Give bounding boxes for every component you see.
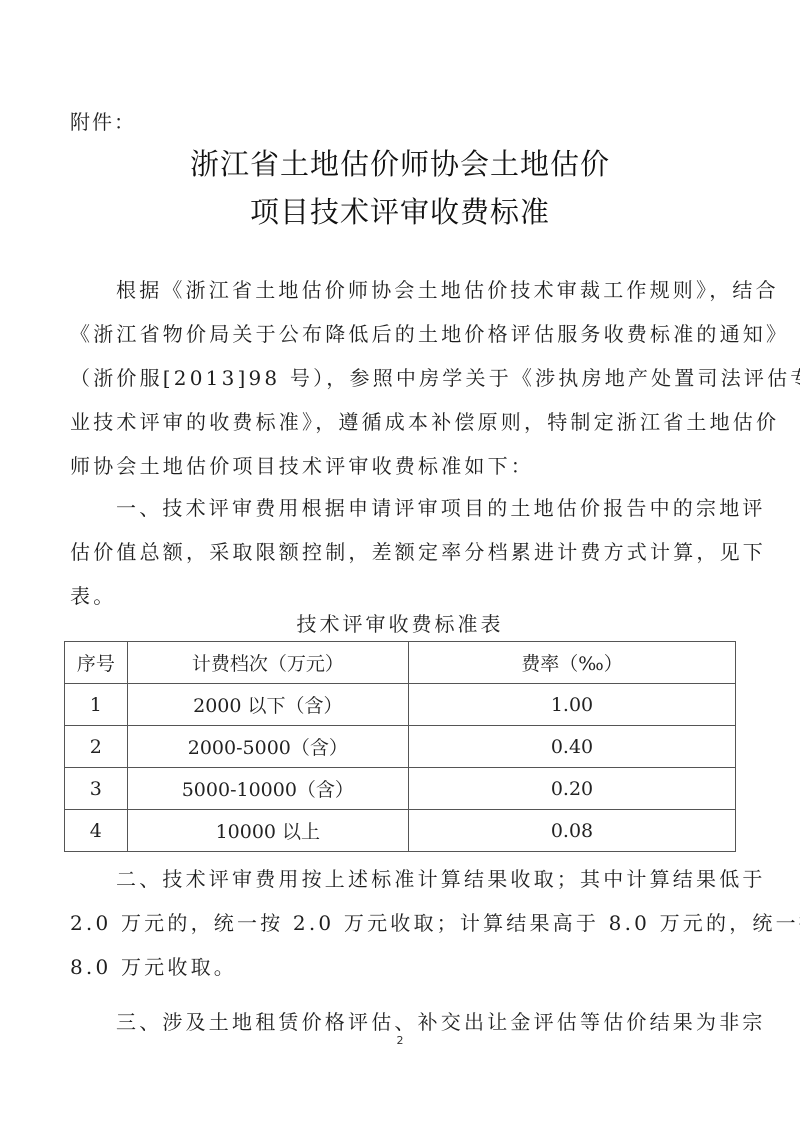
- paragraph-line: 2.0 万元的，统一按 2.0 万元收取；计算结果高于 8.0 万元的，统一按: [70, 901, 732, 945]
- cell-fee-rate: 0.08: [408, 810, 735, 852]
- paragraph-line: 8.0 万元收取。: [70, 945, 732, 989]
- document-title-line-2: 项目技术评审收费标准: [0, 190, 800, 231]
- cell-fee-tier: 2000-5000（含）: [127, 726, 408, 768]
- paragraph-line: 根据《浙江省土地估价师协会土地估价技术审裁工作规则》，结合: [70, 268, 732, 312]
- paragraph-line: 估价值总额，采取限额控制，差额定率分档累进计费方式计算，见下: [70, 530, 732, 574]
- cell-fee-rate: 1.00: [408, 684, 735, 726]
- intro-paragraph: 根据《浙江省土地估价师协会土地估价技术审裁工作规则》，结合 《浙江省物价局关于公…: [70, 268, 732, 488]
- table-row: 1 2000 以下（含） 1.00: [65, 684, 736, 726]
- table-row: 3 5000-10000（含） 0.20: [65, 768, 736, 810]
- paragraph-line: 业技术评审的收费标准》，遵循成本补偿原则，特制定浙江省土地估价: [70, 400, 732, 444]
- attachment-label: 附件：: [70, 106, 136, 135]
- paragraph-line: 师协会土地估价项目技术评审收费标准如下：: [70, 444, 732, 488]
- document-page: 附件： 浙江省土地估价师协会土地估价 项目技术评审收费标准 根据《浙江省土地估价…: [0, 0, 800, 1132]
- header-fee-rate: 费率（‰）: [408, 642, 735, 684]
- fee-standard-table: 序号 计费档次（万元） 费率（‰） 1 2000 以下（含） 1.00 2 20…: [64, 641, 736, 852]
- paragraph-line: 《浙江省物价局关于公布降低后的土地价格评估服务收费标准的通知》: [70, 312, 732, 356]
- table-row: 4 10000 以上 0.08: [65, 810, 736, 852]
- cell-index: 3: [65, 768, 128, 810]
- table-caption: 技术评审收费标准表: [0, 608, 800, 637]
- cell-fee-tier: 5000-10000（含）: [127, 768, 408, 810]
- cell-fee-rate: 0.40: [408, 726, 735, 768]
- paragraph-line: 一、技术评审费用根据申请评审项目的土地估价报告中的宗地评: [70, 486, 732, 530]
- table-header-row: 序号 计费档次（万元） 费率（‰）: [65, 642, 736, 684]
- cell-index: 4: [65, 810, 128, 852]
- section-two-paragraph: 二、技术评审费用按上述标准计算结果收取；其中计算结果低于 2.0 万元的，统一按…: [70, 857, 732, 989]
- paragraph-line: 二、技术评审费用按上述标准计算结果收取；其中计算结果低于: [70, 857, 732, 901]
- header-index: 序号: [65, 642, 128, 684]
- cell-index: 2: [65, 726, 128, 768]
- cell-fee-tier: 10000 以上: [127, 810, 408, 852]
- paragraph-line: （浙价服[2013]98 号），参照中房学关于《涉执房地产处置司法评估专: [70, 356, 732, 400]
- header-fee-tier: 计费档次（万元）: [127, 642, 408, 684]
- cell-index: 1: [65, 684, 128, 726]
- section-one-paragraph: 一、技术评审费用根据申请评审项目的土地估价报告中的宗地评 估价值总额，采取限额控…: [70, 486, 732, 618]
- cell-fee-tier: 2000 以下（含）: [127, 684, 408, 726]
- cell-fee-rate: 0.20: [408, 768, 735, 810]
- document-title-line-1: 浙江省土地估价师协会土地估价: [0, 142, 800, 183]
- page-number: 2: [0, 1034, 800, 1047]
- table-row: 2 2000-5000（含） 0.40: [65, 726, 736, 768]
